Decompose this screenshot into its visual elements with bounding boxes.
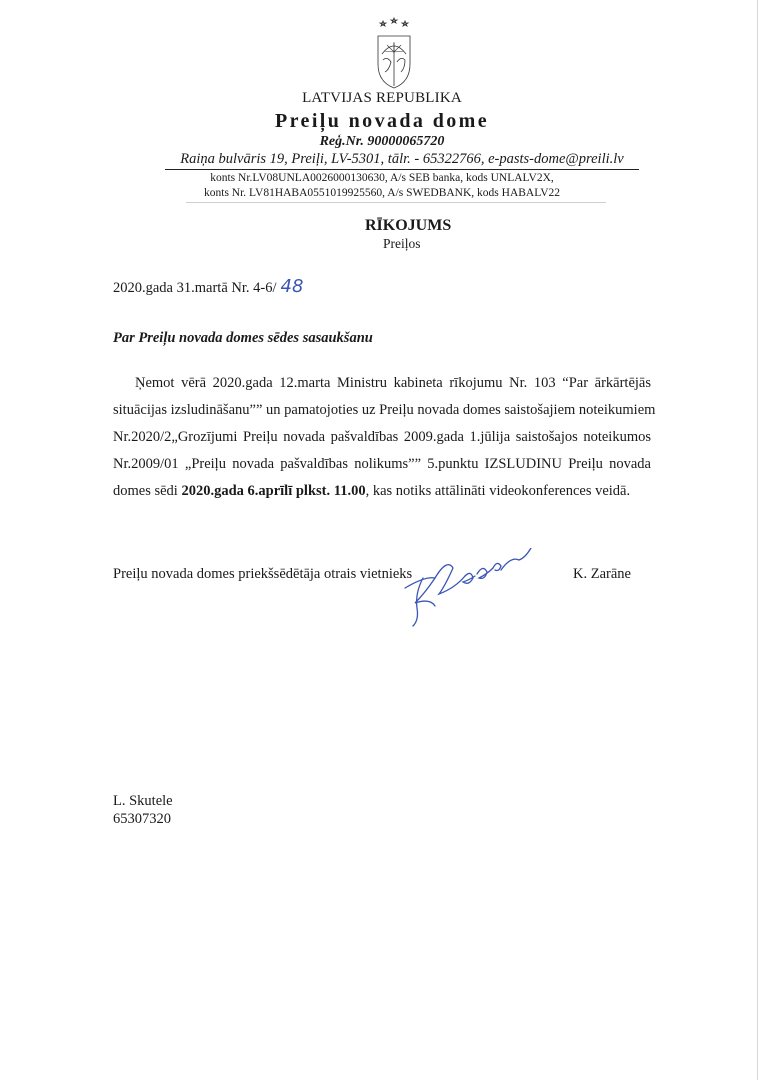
scan-edge-line	[757, 0, 758, 1080]
handwritten-number: 48	[281, 276, 304, 297]
prepared-by-phone: 65307320	[113, 811, 171, 828]
body-line: Nr.2020/2„Grozījumi Preiļu novada pašval…	[113, 424, 651, 451]
prepared-by-name: L. Skutele	[113, 793, 173, 810]
registration-number: Reģ.Nr. 90000065720	[0, 134, 764, 150]
body-last-prefix: domes sēdi	[113, 483, 181, 499]
body-line: situācijas izsludināšanu”” un pamatojoti…	[113, 397, 651, 424]
date-and-number: 2020.gada 31.martā Nr. 4-6/48	[113, 276, 303, 297]
body-line-last: domes sēdi 2020.gada 6.aprīlī plkst. 11.…	[113, 478, 651, 505]
signatory-name: K. Zarāne	[573, 566, 631, 583]
bank-account-1: konts Nr.LV08UNLA0026000130630, A/s SEB …	[0, 172, 764, 184]
document-place: Preiļos	[383, 236, 421, 252]
organization-name: Preiļu novada dome	[0, 110, 764, 133]
document-type: RĪKOJUMS	[365, 217, 451, 235]
document-body: Ņemot vērā 2020.gada 12.marta Ministru k…	[113, 370, 651, 505]
body-line: Nr.2009/01 „Preiļu novada pašvaldības no…	[113, 451, 651, 478]
signatory-position: Preiļu novada domes priekšsēdētāja otrai…	[113, 566, 412, 583]
body-line: Ņemot vērā 2020.gada 12.marta Ministru k…	[113, 370, 651, 397]
country-name: LATVIJAS REPUBLIKA	[0, 90, 764, 107]
handwritten-signature-icon	[395, 548, 555, 628]
latvia-coat-of-arms-icon	[372, 16, 416, 90]
header-divider	[186, 202, 606, 203]
bank-account-2: konts Nr. LV81HABA0551019925560, A/s SWE…	[0, 187, 764, 199]
date-number-text: 2020.gada 31.martā Nr. 4-6/	[113, 280, 277, 296]
body-last-suffix: , kas notiks attālināti videokonferences…	[366, 483, 631, 499]
meeting-datetime: 2020.gada 6.aprīlī plkst. 11.00	[181, 483, 365, 499]
document-subject: Par Preiļu novada domes sēdes sasaukšanu	[113, 330, 373, 347]
organization-address: Raiņa bulvāris 19, Preiļi, LV-5301, tālr…	[165, 151, 639, 170]
